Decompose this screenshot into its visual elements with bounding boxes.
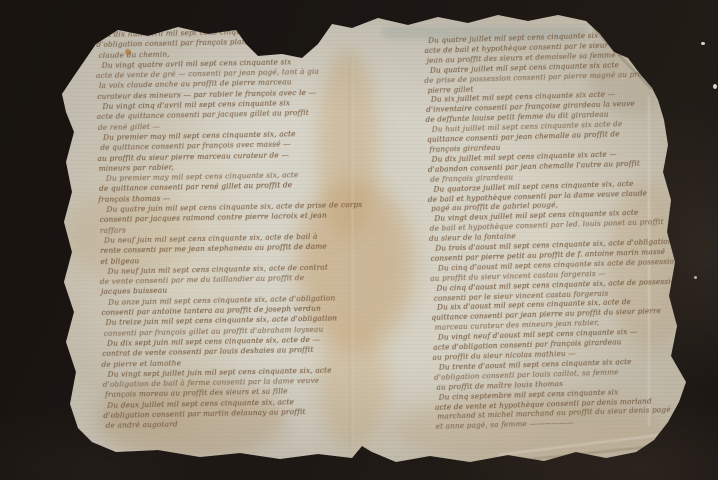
bottom-right-crease-shadow	[520, 445, 659, 462]
paper-speck	[701, 42, 705, 45]
left-page-handwriting: Du dix huit avril mil sept cens cinquant…	[96, 25, 366, 432]
manuscript-spread: Du dix huit avril mil sept cens cinquant…	[0, 0, 718, 480]
bottom-right-crease-highlight	[498, 434, 657, 455]
photo-background: Du dix huit avril mil sept cens cinquant…	[0, 0, 718, 480]
paper-speck	[713, 84, 717, 89]
paper-speck	[694, 276, 697, 279]
right-page-handwriting: Du quatre juillet mil sept cens cinquant…	[424, 28, 704, 432]
